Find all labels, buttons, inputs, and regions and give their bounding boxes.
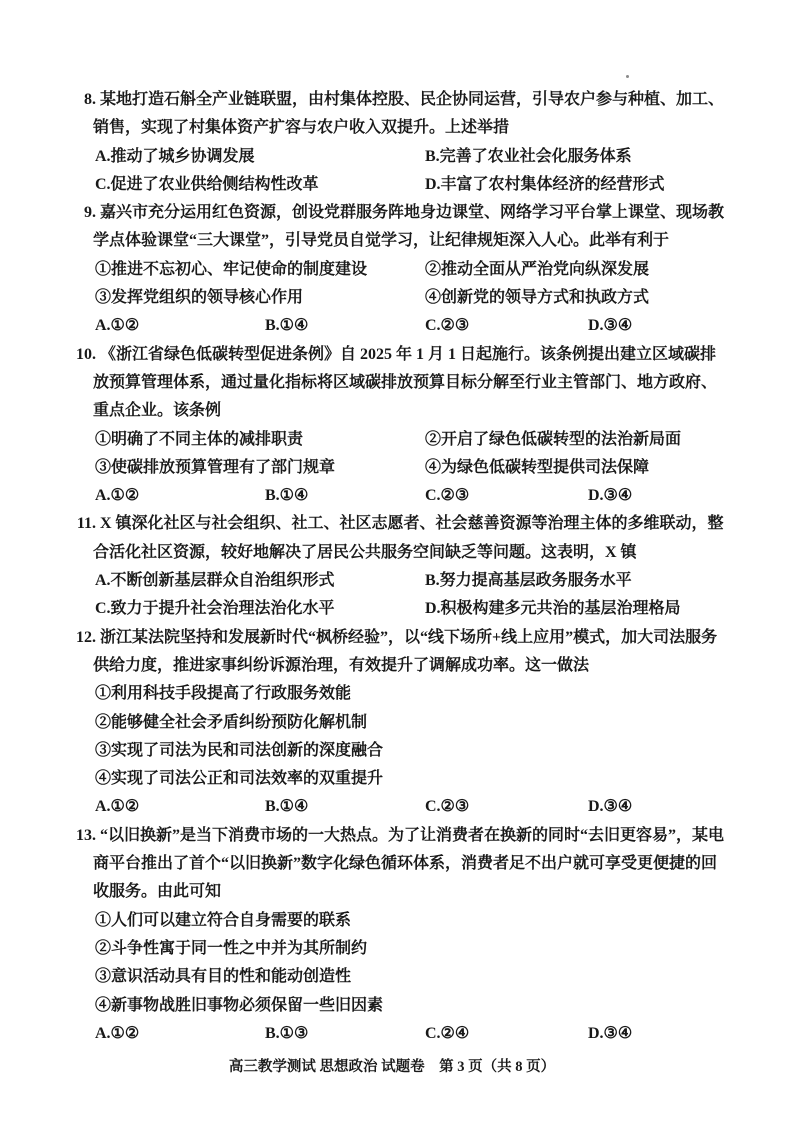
question-9: 9.嘉兴市充分运用红色资源，创设党群服务阵地身边课堂、网络学习平台掌上课堂、现场… [60,199,724,340]
statement-group: ①推进不忘初心、牢记使命的制度建设 ②推动全面从严治党向纵深发展 ③发挥党组织的… [95,256,724,313]
statement-2: ②推动全面从严治党向纵深发展 [425,256,724,284]
answer-d: D.③④ [588,793,724,821]
answer-row: A.①② B.①④ C.②③ D.③④ [95,793,724,821]
statement-3: ③意识活动具有目的性和能动创造性 [95,963,724,991]
answer-b: B.①④ [265,312,425,340]
question-number: 12. [60,624,100,652]
option-group: A.推动了城乡协调发展 B.完善了农业社会化服务体系 C.促进了农业供给侧结构性… [95,143,724,200]
answer-c: C.②③ [425,793,588,821]
statement-3: ③使碳排放预算管理有了部门规章 [95,454,425,482]
question-stem-text: 某地打造石斛全产业链联盟，由村集体控股、民企协同运营，引导农户参与种植、加工、销… [93,91,724,136]
page-footer: 高三教学测试 思想政治 试题卷 第 3 页（共 8 页） [60,1053,724,1081]
answer-d: D.③④ [588,1020,724,1048]
statement-group: ①利用科技手段提高了行政服务效能 ②能够健全社会矛盾纠纷预防化解机制 ③实现了司… [95,680,724,793]
question-number: 8. [60,86,100,114]
option-a: A.不断创新基层群众自治组织形式 [95,567,425,595]
question-stem-text: 《浙江省绿色低碳转型促进条例》自 2025 年 1 月 1 日起施行。该条例提出… [93,346,717,420]
option-b: B.完善了农业社会化服务体系 [425,143,724,171]
question-number: 13. [60,822,100,850]
exam-page: 8.某地打造石斛全产业链联盟，由村集体控股、民企协同运营，引导农户参与种植、加工… [0,0,800,1081]
statement-1: ①利用科技手段提高了行政服务效能 [95,680,724,708]
answer-b: B.①③ [265,1020,425,1048]
question-stem: 12.浙江某法院坚持和发展新时代“枫桥经验”，以“线下场所+线上应用”模式，加大… [60,624,724,681]
statement-3: ③发挥党组织的领导核心作用 [95,284,425,312]
option-c: C.促进了农业供给侧结构性改革 [95,171,425,199]
option-b: B.努力提高基层政务服务水平 [425,567,724,595]
option-c: C.致力于提升社会治理法治化水平 [95,595,425,623]
statement-3: ③实现了司法为民和司法创新的深度融合 [95,737,724,765]
answer-c: C.②④ [425,1020,588,1048]
option-d: D.积极构建多元共治的基层治理格局 [425,595,724,623]
answer-a: A.①② [95,1020,265,1048]
question-stem: 13.“以旧换新”是当下消费市场的一大热点。为了让消费者在换新的同时“去旧更容易… [60,822,724,907]
answer-b: B.①④ [265,482,425,510]
question-number: 11. [60,510,100,538]
statement-1: ①人们可以建立符合自身需要的联系 [95,907,724,935]
answer-c: C.②③ [425,482,588,510]
question-stem: 11.X 镇深化社区与社会组织、社工、社区志愿者、社会慈善资源等治理主体的多维联… [60,510,724,567]
answer-c: C.②③ [425,312,588,340]
statement-group: ①明确了不同主体的减排职责 ②开启了绿色低碳转型的法治新局面 ③使碳排放预算管理… [95,426,724,483]
statement-group: ①人们可以建立符合自身需要的联系 ②斗争性寓于同一性之中并为其所制约 ③意识活动… [95,907,724,1020]
statement-2: ②开启了绿色低碳转型的法治新局面 [425,426,724,454]
statement-4: ④新事物战胜旧事物必须保留一些旧因素 [95,992,724,1020]
question-11: 11.X 镇深化社区与社会组织、社工、社区志愿者、社会慈善资源等治理主体的多维联… [60,510,724,623]
statement-1: ①明确了不同主体的减排职责 [95,426,425,454]
answer-a: A.①② [95,482,265,510]
question-stem-text: “以旧换新”是当下消费市场的一大热点。为了让消费者在换新的同时“去旧更容易”，某… [93,827,724,901]
answer-b: B.①④ [265,793,425,821]
answer-row: A.①② B.①④ C.②③ D.③④ [95,482,724,510]
statement-4: ④为绿色低碳转型提供司法保障 [425,454,724,482]
question-number: 10. [60,341,100,369]
option-group: A.不断创新基层群众自治组织形式 B.努力提高基层政务服务水平 C.致力于提升社… [95,567,724,624]
statement-1: ①推进不忘初心、牢记使命的制度建设 [95,256,425,284]
question-stem-text: 嘉兴市充分运用红色资源，创设党群服务阵地身边课堂、网络学习平台掌上课堂、现场教学… [93,204,724,249]
answer-row: A.①② B.①④ C.②③ D.③④ [95,312,724,340]
statement-2: ②能够健全社会矛盾纠纷预防化解机制 [95,709,724,737]
answer-row: A.①② B.①③ C.②④ D.③④ [95,1020,724,1048]
question-stem-text: 浙江某法院坚持和发展新时代“枫桥经验”，以“线下场所+线上应用”模式，加大司法服… [93,629,717,674]
question-13: 13.“以旧换新”是当下消费市场的一大热点。为了让消费者在换新的同时“去旧更容易… [60,822,724,1048]
answer-d: D.③④ [588,312,724,340]
question-stem: 8.某地打造石斛全产业链联盟，由村集体控股、民企协同运营，引导农户参与种植、加工… [60,86,724,143]
question-stem-text: X 镇深化社区与社会组织、社工、社区志愿者、社会慈善资源等治理主体的多维联动，整… [93,515,724,560]
question-8: 8.某地打造石斛全产业链联盟，由村集体控股、民企协同运营，引导农户参与种植、加工… [60,86,724,199]
statement-4: ④实现了司法公正和司法效率的双重提升 [95,765,724,793]
answer-a: A.①② [95,793,265,821]
question-stem: 9.嘉兴市充分运用红色资源，创设党群服务阵地身边课堂、网络学习平台掌上课堂、现场… [60,199,724,256]
question-number: 9. [60,199,100,227]
question-stem: 10.《浙江省绿色低碳转型促进条例》自 2025 年 1 月 1 日起施行。该条… [60,341,724,426]
question-10: 10.《浙江省绿色低碳转型促进条例》自 2025 年 1 月 1 日起施行。该条… [60,341,724,511]
option-a: A.推动了城乡协调发展 [95,143,425,171]
answer-a: A.①② [95,312,265,340]
answer-d: D.③④ [588,482,724,510]
option-d: D.丰富了农村集体经济的经营形式 [425,171,724,199]
statement-4: ④创新党的领导方式和执政方式 [425,284,724,312]
question-12: 12.浙江某法院坚持和发展新时代“枫桥经验”，以“线下场所+线上应用”模式，加大… [60,624,724,822]
ink-speck [626,75,629,78]
statement-2: ②斗争性寓于同一性之中并为其所制约 [95,935,724,963]
